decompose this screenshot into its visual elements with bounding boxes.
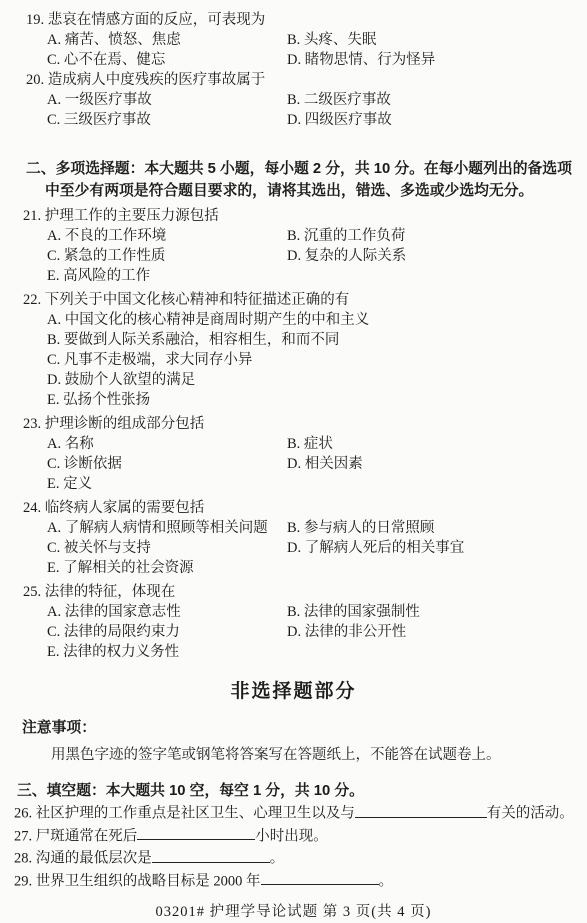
option-b: B. 头疼、失眠 [287,30,587,50]
option-a: A. 不良的工作环境 [47,226,275,246]
option-row: C. 被关怀与支持 D. 了解病人死后的相关事宜 [47,538,587,558]
question-28: 28. 沟通的最低层次是。 [14,847,587,870]
exam-paper-page: 19. 悲哀在情感方面的反应，可表现为 A. 痛苦、愤怒、焦虑 B. 头疼、失眠… [0,0,587,923]
option-d: D. 复杂的人际关系 [287,246,587,266]
option-e: E. 法律的权力义务性 [47,642,587,662]
question-27: 27. 尸斑通常在死后小时出现。 [14,825,587,848]
fill-in-section-heading: 三、填空题：本大题共 10 空，每空 1 分，共 10 分。 [17,780,587,802]
option-row: A. 名称 B. 症状 [47,434,587,454]
question-text-pre: 26. 社区护理的工作重点是社区卫生、心理卫生以及与 [14,806,355,822]
option-a: A. 名称 [47,434,275,454]
blank-line [355,802,487,818]
option-d: D. 相关因素 [287,454,587,474]
question-stem: 22. 下列关于中国文化核心精神和特征描述正确的有 [23,290,587,310]
option-c: C. 法律的局限约束力 [47,622,275,642]
option-d: D. 了解病人死后的相关事宜 [287,538,587,558]
non-selection-part-title: 非选择题部分 [0,678,587,706]
option-a: A. 法律的国家意志性 [47,602,275,622]
question-25: 25. 法律的特征，体现在 A. 法律的国家意志性 B. 法律的国家强制性 C.… [23,582,587,662]
question-text-pre: 27. 尸斑通常在死后 [14,828,137,844]
option-row: C. 心不在焉、健忘 D. 睹物思情、行为怪异 [47,50,587,70]
question-stem: 24. 临终病人家属的需要包括 [23,498,587,518]
option-e: E. 弘扬个性张扬 [47,390,587,410]
option-c: C. 心不在焉、健忘 [47,50,275,70]
question-22: 22. 下列关于中国文化核心精神和特征描述正确的有 A. 中国文化的核心精神是商… [23,290,587,410]
question-21: 21. 护理工作的主要压力源包括 A. 不良的工作环境 B. 沉重的工作负荷 C… [23,206,587,286]
question-stem: 20. 造成病人中度残疾的医疗事故属于 [26,70,587,90]
question-text-pre: 28. 沟通的最低层次是 [14,851,152,867]
option-row: C. 三级医疗事故 D. 四级医疗事故 [47,110,587,130]
blank-line [261,870,379,886]
question-stem: 19. 悲哀在情感方面的反应，可表现为 [26,10,587,30]
question-text-post: 小时出现。 [255,828,328,844]
option-a: A. 一级医疗事故 [47,90,275,110]
option-row: A. 痛苦、愤怒、焦虑 B. 头疼、失眠 [47,30,587,50]
option-a: A. 痛苦、愤怒、焦虑 [47,30,275,50]
option-row: A. 不良的工作环境 B. 沉重的工作负荷 [47,226,587,246]
option-b: B. 参与病人的日常照顾 [287,518,587,538]
option-d: D. 鼓励个人欲望的满足 [47,370,587,390]
option-row: A. 法律的国家意志性 B. 法律的国家强制性 [47,602,587,622]
option-b: B. 症状 [287,434,587,454]
question-29: 29. 世界卫生组织的战略目标是 2000 年。 [14,870,587,893]
single-choice-tail: 19. 悲哀在情感方面的反应，可表现为 A. 痛苦、愤怒、焦虑 B. 头疼、失眠… [26,10,587,130]
option-b: B. 沉重的工作负荷 [287,226,587,246]
multi-choice-section-heading: 二、多项选择题：本大题共 5 小题，每小题 2 分，共 10 分。在每小题列出的… [26,158,585,202]
option-e: E. 高风险的工作 [47,266,587,286]
notice-body: 用黑色字迹的签字笔或钢笔将答案写在答题纸上，不能答在试题卷上。 [22,744,567,766]
question-24: 24. 临终病人家属的需要包括 A. 了解病人病情和照顾等相关问题 B. 参与病… [23,498,587,578]
option-row: A. 一级医疗事故 B. 二级医疗事故 [47,90,587,110]
option-b: B. 法律的国家强制性 [287,602,587,622]
option-b: B. 要做到人际关系融洽，相容相生，和而不同 [47,330,587,350]
notice-label: 注意事项： [22,718,587,738]
question-26: 26. 社区护理的工作重点是社区卫生、心理卫生以及与有关的活动。 [14,802,587,825]
option-row: C. 诊断依据 D. 相关因素 [47,454,587,474]
multi-choice-questions: 21. 护理工作的主要压力源包括 A. 不良的工作环境 B. 沉重的工作负荷 C… [23,206,587,662]
blank-line [152,847,270,863]
option-row: A. 了解病人病情和照顾等相关问题 B. 参与病人的日常照顾 [47,518,587,538]
option-a: A. 了解病人病情和照顾等相关问题 [47,518,275,538]
question-text-post: 。 [379,873,394,889]
question-text-pre: 29. 世界卫生组织的战略目标是 2000 年 [14,873,261,889]
question-text-post: 有关的活动。 [487,806,574,822]
question-text-post: 。 [270,851,285,867]
option-e: E. 定义 [47,474,587,494]
question-19: 19. 悲哀在情感方面的反应，可表现为 A. 痛苦、愤怒、焦虑 B. 头疼、失眠… [26,10,587,70]
question-stem: 21. 护理工作的主要压力源包括 [23,206,587,226]
option-c: C. 凡事不走极端，求大同存小异 [47,350,587,370]
question-20: 20. 造成病人中度残疾的医疗事故属于 A. 一级医疗事故 B. 二级医疗事故 … [26,70,587,130]
option-row: C. 紧急的工作性质 D. 复杂的人际关系 [47,246,587,266]
question-stem: 25. 法律的特征，体现在 [23,582,587,602]
option-d: D. 四级医疗事故 [287,110,587,130]
option-b: B. 二级医疗事故 [287,90,587,110]
option-c: C. 诊断依据 [47,454,275,474]
option-c: C. 三级医疗事故 [47,110,275,130]
option-d: D. 睹物思情、行为怪异 [287,50,587,70]
option-e: E. 了解相关的社会资源 [47,558,587,578]
option-c: C. 被关怀与支持 [47,538,275,558]
question-stem: 23. 护理诊断的组成部分包括 [23,414,587,434]
option-a: A. 中国文化的核心精神是商周时期产生的中和主义 [47,310,587,330]
option-row: C. 法律的局限约束力 D. 法律的非公开性 [47,622,587,642]
question-23: 23. 护理诊断的组成部分包括 A. 名称 B. 症状 C. 诊断依据 D. 相… [23,414,587,494]
option-c: C. 紧急的工作性质 [47,246,275,266]
option-d: D. 法律的非公开性 [287,622,587,642]
page-footer: 03201# 护理学导论试题 第 3 页(共 4 页) [0,902,587,922]
blank-line [137,825,255,841]
